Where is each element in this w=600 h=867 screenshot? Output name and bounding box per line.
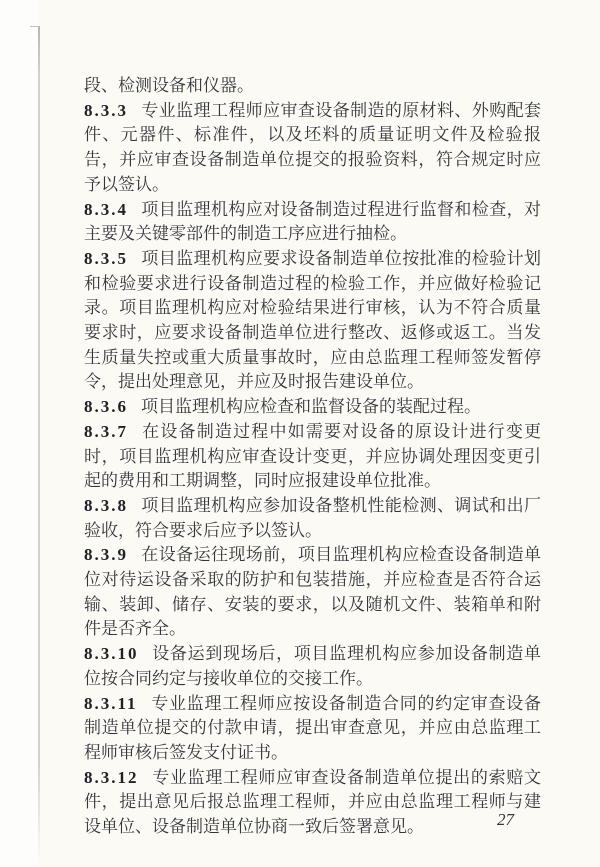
- clause-text: 专业监理工程师应按设备制造合同的约定审查设备制造单位提交的付款申请，提出审查意见…: [84, 694, 541, 762]
- clause-paragraph: 8.3.10设备运到现场后，项目监理机构应参加设备制造单位按合同约定与接收单位的…: [84, 642, 541, 691]
- page-number: 27: [497, 810, 514, 830]
- clause-paragraph: 8.3.11专业监理工程师应按设备制造合同的约定审查设备制造单位提交的付款申请，…: [84, 692, 541, 766]
- clause-paragraph: 8.3.12专业监理工程师应审查设备制造单位提出的索赔文件，提出意见后报总监理工…: [84, 766, 541, 840]
- clause-number: 8.3.3: [84, 101, 128, 120]
- clause-list: 8.3.3专业监理工程师应审查设备制造的原材料、外购配套件、元器件、标准件，以及…: [84, 99, 541, 840]
- clause-text: 项目监理机构应对设备制造过程进行监督和检查，对主要及关键零部件的制造工序应进行抽…: [84, 200, 541, 244]
- clause-paragraph: 8.3.7在设备制造过程中如需要对设备的原设计进行变更时，项目监理机构应审查设计…: [84, 420, 541, 494]
- clause-text: 专业监理工程师应审查设备制造的原材料、外购配套件、元器件、标准件，以及坯料的质量…: [84, 101, 541, 194]
- clause-text: 项目监理机构应检查和监督设备的装配过程。: [141, 397, 481, 416]
- document-page: 段、检测设备和仪器。 8.3.3专业监理工程师应审查设备制造的原材料、外购配套件…: [0, 0, 600, 867]
- clause-number: 8.3.12: [84, 768, 139, 787]
- clause-number: 8.3.11: [84, 694, 138, 713]
- clause-text: 项目监理机构应要求设备制造单位按批准的检验计划和检验要求进行设备制造过程的检验工…: [84, 249, 541, 392]
- clause-number: 8.3.5: [84, 249, 128, 268]
- clause-text: 专业监理工程师应审查设备制造单位提出的索赔文件，提出意见后报总监理工程师，并应由…: [84, 768, 541, 836]
- clause-paragraph: 8.3.9在设备运往现场前，项目监理机构应检查设备制造单位对待运设备采取的防护和…: [84, 543, 541, 642]
- clause-paragraph: 8.3.6项目监理机构应检查和监督设备的装配过程。: [84, 395, 541, 420]
- clause-number: 8.3.7: [84, 422, 128, 441]
- clause-paragraph: 8.3.3专业监理工程师应审查设备制造的原材料、外购配套件、元器件、标准件，以及…: [84, 99, 541, 198]
- page-corner-mark: [30, 26, 40, 27]
- clause-number: 8.3.10: [84, 644, 139, 663]
- scanner-margin: [0, 0, 38, 867]
- clause-text: 在设备制造过程中如需要对设备的原设计进行变更时，项目监理机构应审查设计变更，并应…: [84, 422, 541, 490]
- page-edge-shadow: [38, 26, 40, 860]
- clause-text: 设备运到现场后，项目监理机构应参加设备制造单位按合同约定与接收单位的交接工作。: [84, 644, 541, 688]
- clause-text: 在设备运往现场前，项目监理机构应检查设备制造单位对待运设备采取的防护和包装措施，…: [84, 545, 541, 638]
- continuation-paragraph: 段、检测设备和仪器。: [84, 74, 541, 99]
- clause-number: 8.3.4: [84, 200, 128, 219]
- clause-paragraph: 8.3.4项目监理机构应对设备制造过程进行监督和检查，对主要及关键零部件的制造工…: [84, 198, 541, 247]
- clause-paragraph: 8.3.8项目监理机构应参加设备整机性能检测、调试和出厂验收，符合要求后应予以签…: [84, 494, 541, 543]
- clause-number: 8.3.6: [84, 397, 128, 416]
- clause-number: 8.3.8: [84, 496, 128, 515]
- text-block: 段、检测设备和仪器。 8.3.3专业监理工程师应审查设备制造的原材料、外购配套件…: [84, 74, 541, 840]
- clause-text: 项目监理机构应参加设备整机性能检测、调试和出厂验收，符合要求后应予以签认。: [84, 496, 541, 540]
- clause-paragraph: 8.3.5项目监理机构应要求设备制造单位按批准的检验计划和检验要求进行设备制造过…: [84, 247, 541, 395]
- clause-number: 8.3.9: [84, 545, 128, 564]
